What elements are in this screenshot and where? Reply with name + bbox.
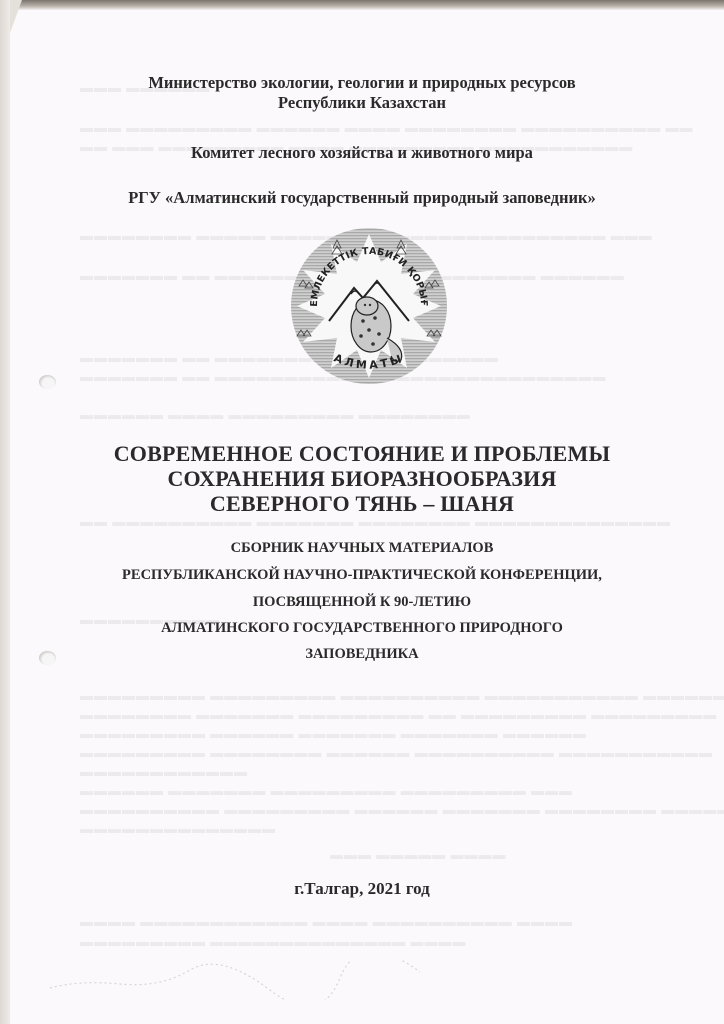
title-line-2: СОХРАНЕНИЯ БИОРАЗНООБРАЗИЯ xyxy=(0,466,724,492)
punch-hole-icon xyxy=(39,375,56,389)
subtitle-line-1: СБОРНИК НАУЧНЫХ МАТЕРИАЛОВ xyxy=(0,540,724,557)
scan-artifact xyxy=(40,960,440,1000)
subtitle-line-2: РЕСПУБЛИКАНСКОЙ НАУЧНО-ПРАКТИЧЕСКОЙ КОНФ… xyxy=(0,567,724,584)
committee-name: Комитет лесного хозяйства и животного ми… xyxy=(0,143,724,163)
scan-top-edge xyxy=(0,0,724,10)
subtitle-line-4: АЛМАТИНСКОГО ГОСУДАРСТВЕННОГО ПРИРОДНОГО xyxy=(0,620,724,637)
title-line-1: СОВРЕМЕННОЕ СОСТОЯНИЕ И ПРОБЛЕМЫ xyxy=(0,441,724,467)
ministry-line-2: Республики Казахстан xyxy=(0,93,724,113)
subtitle-line-5: ЗАПОВЕДНИКА xyxy=(0,646,724,663)
title-line-3: СЕВЕРНОГО ТЯНЬ – ШАНЯ xyxy=(0,491,724,517)
snow-leopard-emblem-icon: МЕМЛЕКЕТТІК ТАБИҒИ ҚОРЫҒЫ АЛМАТЫ xyxy=(289,226,449,386)
place-and-year: г.Талгар, 2021 год xyxy=(0,879,724,899)
ministry-line-1: Министерство экологии, геологии и природ… xyxy=(0,73,724,93)
subtitle-line-3: ПОСВЯЩЕННОЙ К 90-ЛЕТИЮ xyxy=(0,594,724,611)
organization-name: РГУ «Алматинский государственный природн… xyxy=(0,188,724,208)
